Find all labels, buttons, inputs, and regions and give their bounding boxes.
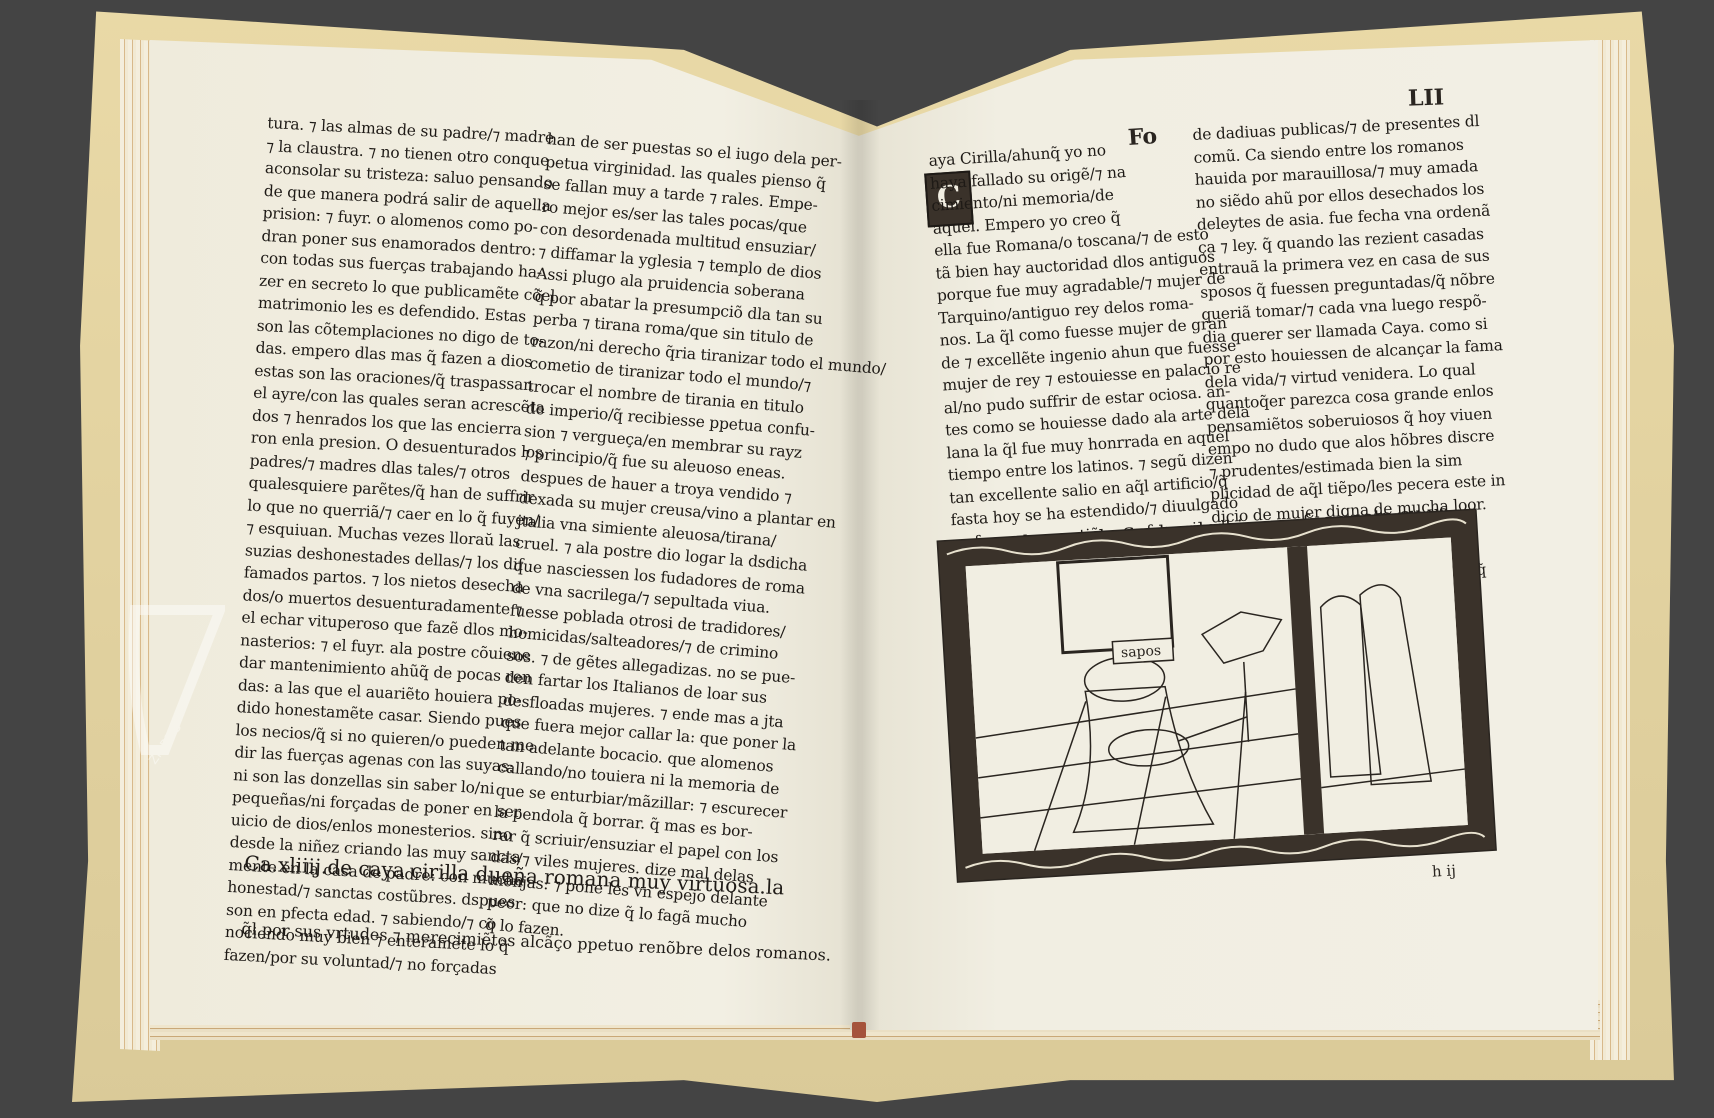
signature-mark: h ij [1432, 861, 1457, 880]
ziereis-logo-icon: ZIEREIS [125, 600, 225, 770]
chapter-heading-line: q̃l por sus vrtudes ⁊ merecimiẽtos alcãç… [241, 918, 831, 967]
woodcut-label: sapos [1121, 643, 1162, 661]
headband [852, 1022, 866, 1038]
svg-text:ZIEREIS: ZIEREIS [146, 721, 184, 767]
chapter-heading-line: Ca.xliiij.de caya cirilla dueña romana m… [244, 852, 834, 901]
folio-number: LII [1408, 84, 1445, 111]
left-chapter-heading: Ca.xliiij.de caya cirilla dueña romana m… [240, 808, 836, 989]
woodcut-illustration: sapos [936, 508, 1497, 884]
